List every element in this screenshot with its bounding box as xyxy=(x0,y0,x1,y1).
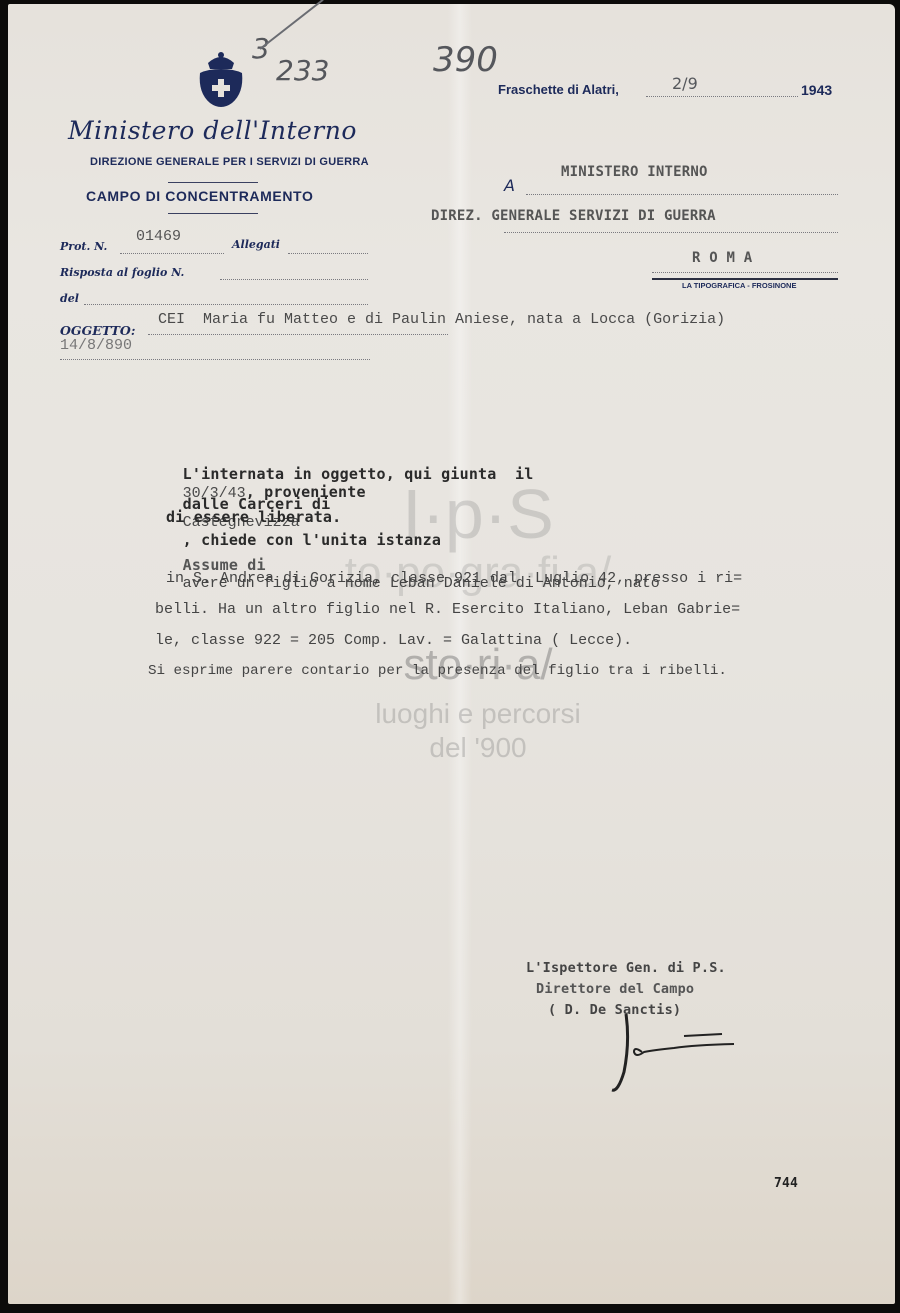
signature-title: L'Ispettore Gen. di P.S. xyxy=(526,960,726,976)
recipient-line1: MINISTERO INTERNO xyxy=(561,164,708,180)
signature-role: Direttore del Campo xyxy=(536,981,694,997)
oggetto-value: CEI Maria fu Matteo e di Paulin Aniese, … xyxy=(158,311,725,328)
handwritten-number: 390 xyxy=(433,40,498,80)
body-line: in S. Andrea di Gorizia, classe 921 dal … xyxy=(166,570,742,587)
page-number: 744 xyxy=(774,1176,798,1191)
oggetto-label: OGGETTO: xyxy=(60,323,135,338)
body-line: le, classe 922 = 205 Comp. Lav. = Galatt… xyxy=(155,632,632,649)
printer-label: LA TIPOGRAFICA - FROSINONE xyxy=(682,281,796,290)
file-ref-bottom: 233 xyxy=(276,54,329,87)
recipient-dots xyxy=(652,272,838,273)
campo-label: CAMPO DI CONCENTRAMENTO xyxy=(86,188,313,204)
prot-value: 01469 xyxy=(136,228,181,245)
year-label: 1943 xyxy=(801,82,832,98)
risposta-label: Risposta al foglio N. xyxy=(60,266,184,279)
recipient-rule xyxy=(652,278,838,280)
file-ref-slash xyxy=(259,0,323,50)
divider xyxy=(168,182,258,183)
recipient-line3: R O M A xyxy=(692,250,752,266)
prot-dots xyxy=(120,253,224,254)
del-dots xyxy=(84,304,368,305)
risposta-dots xyxy=(220,279,368,280)
recipient-dots xyxy=(504,232,838,233)
body-line: Si esprime parere contario per la presen… xyxy=(148,663,727,679)
watermark-line: del '900 xyxy=(288,731,668,765)
recipient-line2: DIREZ. GENERALE SERVIZI DI GUERRA xyxy=(431,208,716,224)
prot-label: Prot. N. xyxy=(60,240,107,253)
divider xyxy=(168,213,258,214)
recipient-prefix: A xyxy=(504,176,515,195)
date-value: 2/9 xyxy=(672,74,698,93)
allegati-dots xyxy=(288,253,368,254)
body-line: belli. Ha un altro figlio nel R. Esercit… xyxy=(155,601,740,618)
recipient-dots xyxy=(526,194,838,195)
del-label: del xyxy=(60,292,79,305)
royal-coat-of-arms-icon xyxy=(194,49,248,113)
oggetto-dots xyxy=(60,359,370,360)
document-sheet: I·p·S to·po·gra·fi·a/ sto·ri·a/ luoghi e… xyxy=(8,4,895,1304)
watermark-line: luoghi e percorsi xyxy=(288,697,668,731)
oggetto-date: 14/8/890 xyxy=(60,337,132,354)
ministry-title: Ministero dell'Interno xyxy=(68,116,357,145)
date-dots xyxy=(646,96,798,97)
signature-scribble-icon xyxy=(604,1012,744,1097)
allegati-label: Allegati xyxy=(232,238,280,251)
direzione-label: DIREZIONE GENERALE PER I SERVIZI DI GUER… xyxy=(90,156,369,168)
body-line: di essere liberata. xyxy=(166,508,341,526)
oggetto-dots xyxy=(148,334,448,335)
place-label: Fraschette di Alatri, xyxy=(498,82,619,97)
